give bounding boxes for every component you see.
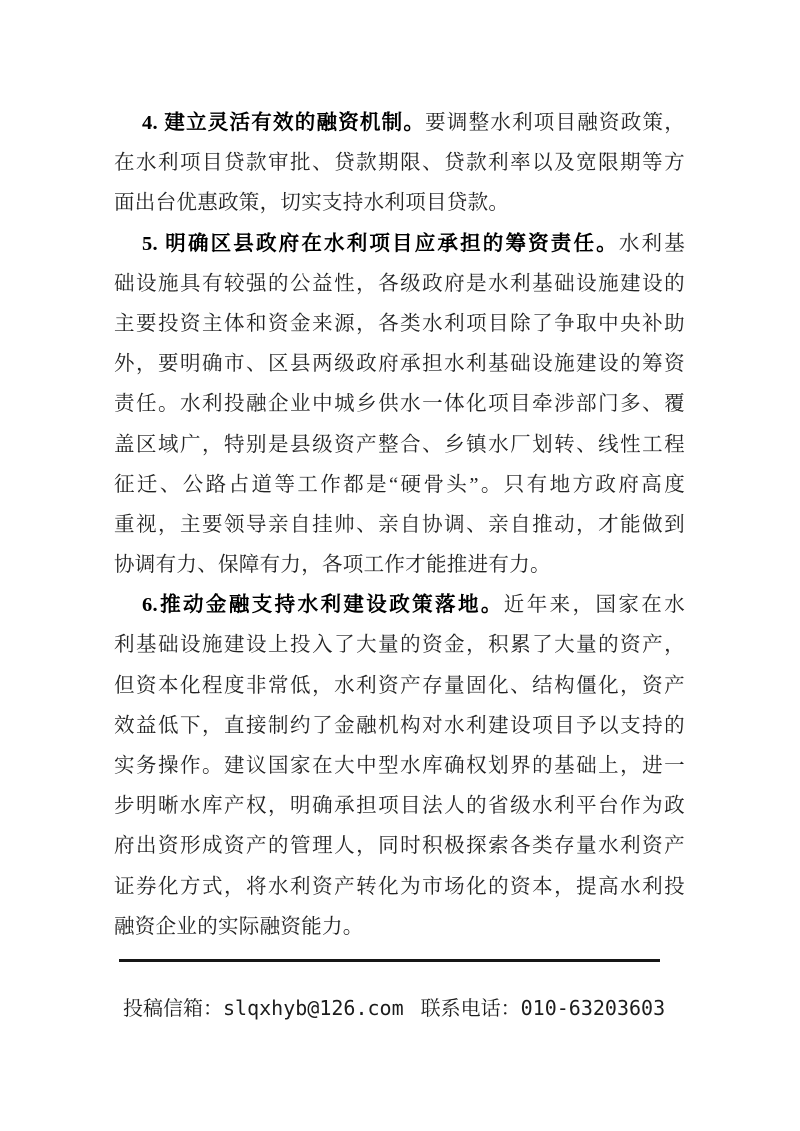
para-6-line: 步明晰水库产权，明确承担项目法人的省级水利平台作为政 <box>114 786 685 826</box>
document-body: 4. 建立灵活有效的融资机制。要调整水利项目融资政策， 在水利项目贷款审批、贷款… <box>114 103 685 947</box>
para-6-first-line: 6.推动金融支持水利建设政策落地。近年来，国家在水 <box>114 585 685 625</box>
para-4-last-line: 面出台优惠政策，切实支持水利项目贷款。 <box>114 183 685 223</box>
para-5-last-line: 协调有力、保障有力，各项工作才能推进有力。 <box>114 545 685 585</box>
para-4-first-line: 4. 建立灵活有效的融资机制。要调整水利项目融资政策， <box>114 103 685 143</box>
para-6-number-heading: 6.推动金融支持水利建设政策落地。 <box>142 594 504 616</box>
para-4-line: 在水利项目贷款审批、贷款期限、贷款利率以及宽限期等方 <box>114 143 685 183</box>
para-5-line: 础设施具有较强的公益性，各级政府是水利基础设施建设的 <box>114 264 685 304</box>
para-5-number-heading: 5. 明确区县政府在水利项目应承担的筹资责任。 <box>142 233 619 255</box>
para-6-line: 证券化方式，将水利资产转化为市场化的资本，提高水利投 <box>114 867 685 907</box>
para-6-last-line: 融资企业的实际融资能力。 <box>114 907 685 947</box>
para-5-line: 主要投资主体和资金来源，各类水利项目除了争取中央补助 <box>114 304 685 344</box>
para-5-line: 责任。水利投融企业中城乡供水一体化项目牵涉部门多、覆 <box>114 384 685 424</box>
phone-label: 联系电话： <box>421 994 521 1024</box>
para-5-first-line: 5. 明确区县政府在水利项目应承担的筹资责任。水利基 <box>114 224 685 264</box>
phone-value: 010-63203603 <box>521 993 666 1023</box>
para-6-first-line-text: 近年来，国家在水 <box>504 594 685 616</box>
para-4-number-heading: 4. 建立灵活有效的融资机制。 <box>142 112 425 134</box>
para-6-line: 利基础设施建设上投入了大量的资金，积累了大量的资产， <box>114 625 685 665</box>
para-4-first-line-text: 要调整水利项目融资政策， <box>425 112 685 134</box>
para-5-line: 外，要明确市、区县两级政府承担水利基础设施建设的筹资 <box>114 344 685 384</box>
para-5-line: 盖区域广，特别是县级资产整合、乡镇水厂划转、线性工程 <box>114 425 685 465</box>
para-5-line: 重视，主要领导亲自挂帅、亲自协调、亲自推动，才能做到 <box>114 505 685 545</box>
para-5-line: 征迁、公路占道等工作都是“硬骨头”。只有地方政府高度 <box>114 465 685 505</box>
para-6-line: 效益低下，直接制约了金融机构对水利建设项目予以支持的 <box>114 706 685 746</box>
email-value: slqxhyb@126.com <box>223 993 404 1023</box>
footer-divider-line <box>119 959 660 962</box>
para-6-line: 但资本化程度非常低，水利资产存量固化、结构僵化，资产 <box>114 666 685 706</box>
footer: 投稿信箱：slqxhyb@126.com联系电话：010-63203603 <box>123 993 683 1023</box>
document-page: 4. 建立灵活有效的融资机制。要调整水利项目融资政策， 在水利项目贷款审批、贷款… <box>0 0 800 1131</box>
email-label: 投稿信箱： <box>123 994 223 1024</box>
para-5-first-line-text: 水利基 <box>619 233 685 255</box>
para-6-line: 府出资形成资产的管理人，同时积极探索各类存量水利资产 <box>114 826 685 866</box>
para-6-line: 实务操作。建议国家在大中型水库确权划界的基础上，进一 <box>114 746 685 786</box>
